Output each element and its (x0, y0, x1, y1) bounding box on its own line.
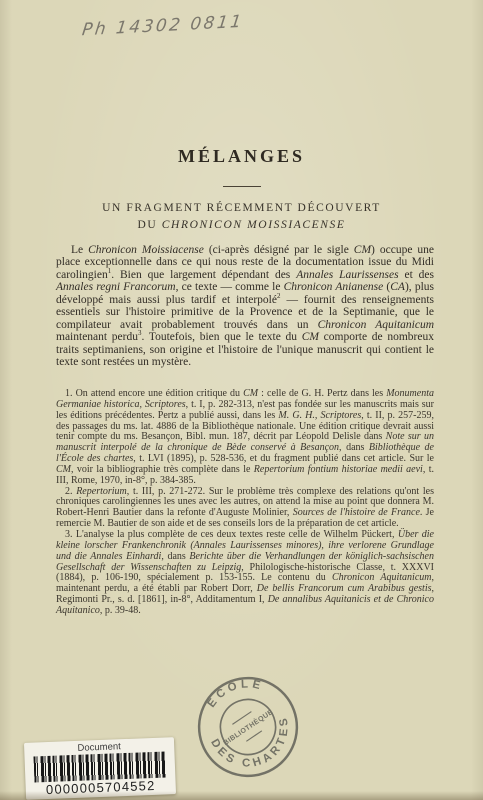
barcode-sticker: Document 0000005704552 (24, 737, 176, 800)
footnotes-block: 1. On attend encore une édition critique… (56, 389, 434, 617)
stamp-text-top: ECOLE (202, 671, 269, 713)
svg-text:ECOLE: ECOLE (202, 671, 269, 713)
library-stamp: ECOLE DES CHARTES BIBLIOTHÈQUE (181, 660, 314, 793)
article-subtitle: UN FRAGMENT RÉCEMMENT DÉCOUVERT DU CHRON… (0, 200, 483, 234)
main-paragraph: Le Chronicon Moissiacense (ci-après dési… (56, 244, 434, 369)
title-divider (223, 186, 261, 187)
subtitle-line-2: DU CHRONICON MOISSIACENSE (0, 217, 483, 234)
stamp-text-inner: BIBLIOTHÈQUE (221, 707, 274, 747)
handwritten-shelfmark: Ph 14302 0811 (81, 12, 245, 41)
footnote-3: 3. L'analyse la plus complète de ces deu… (56, 530, 434, 617)
subtitle-line-2-prefix: DU (137, 219, 161, 231)
subtitle-line-2-work-title: CHRONICON MOISSIACENSE (162, 219, 346, 231)
library-stamp-icon: ECOLE DES CHARTES BIBLIOTHÈQUE (181, 660, 314, 793)
footnote-2: 2. Repertorium, t. III, p. 271-272. Sur … (56, 487, 434, 530)
section-title: MÉLANGES (0, 146, 483, 167)
footnote-1: 1. On attend encore une édition critique… (56, 389, 434, 487)
scanned-page: Ph 14302 0811 MÉLANGES UN FRAGMENT RÉCEM… (0, 0, 483, 800)
subtitle-line-1: UN FRAGMENT RÉCEMMENT DÉCOUVERT (0, 200, 483, 217)
